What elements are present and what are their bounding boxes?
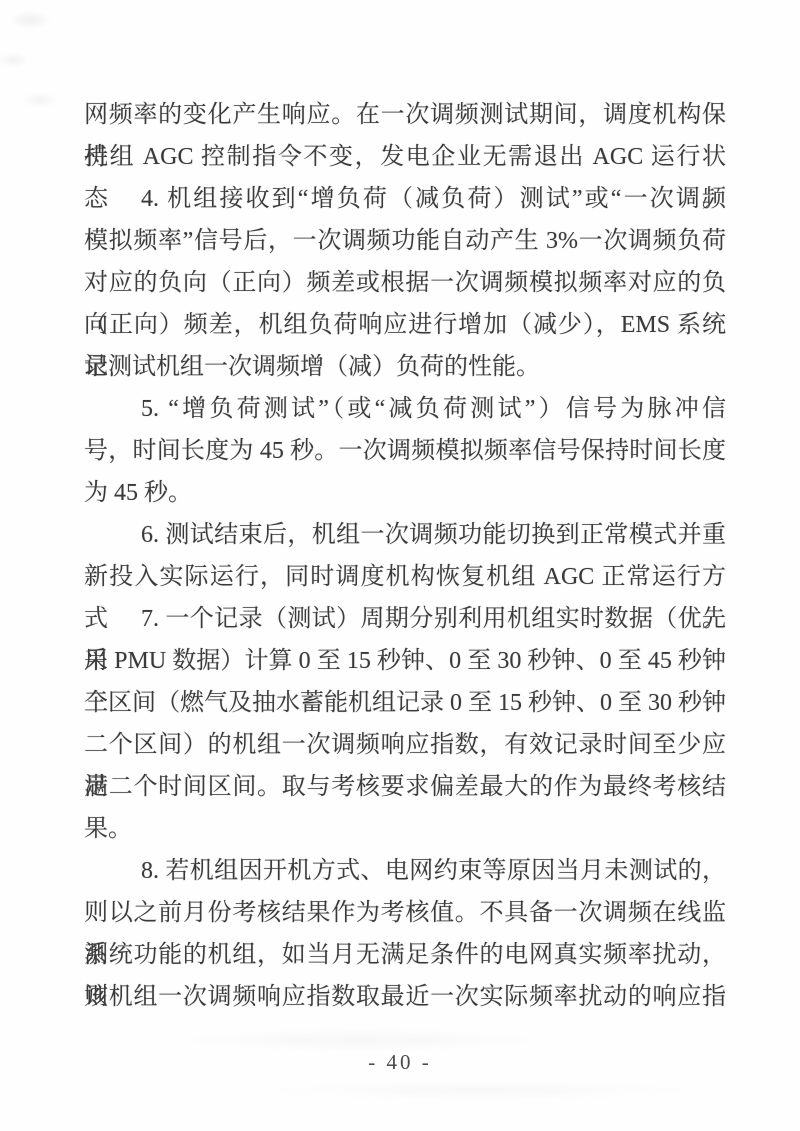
paragraph-line: 4. 机组接收到“增负荷（减负荷）测试”或“一次调频 (84, 178, 726, 220)
paragraph-line: 果。 (84, 808, 726, 850)
paragraph-line: 该机组一次调频响应指数取最近一次实际频率扰动的响应指 (84, 976, 726, 1018)
paragraph-line: 用 PMU 数据）计算 0 至 15 秒钟、0 至 30 秒钟、0 至 45 秒… (84, 640, 726, 682)
paragraph-line: 对应的负向（正向）频差或根据一次调频模拟频率对应的负向 (84, 262, 726, 304)
paragraph-line: 为 45 秒。 (84, 472, 726, 514)
paragraph-line: 则以之前月份考核结果作为考核值。不具备一次调频在线监测 (84, 892, 726, 934)
paragraph-line: 7. 一个记录（测试）周期分别利用机组实时数据（优先采 (84, 598, 726, 640)
paragraph-line: 系统功能的机组，如当月无满足条件的电网真实频率扰动，则 (84, 934, 726, 976)
body-text: 网频率的变化产生响应。在一次调频测试期间，调度机构保持 机组 AGC 控制指令不… (84, 94, 726, 1018)
paragraph-line: 二个区间）的机组一次调频响应指数，有效记录时间至少应满 (84, 724, 726, 766)
document-page: 网频率的变化产生响应。在一次调频测试期间，调度机构保持 机组 AGC 控制指令不… (0, 0, 800, 1131)
paragraph-line: 网频率的变化产生响应。在一次调频测试期间，调度机构保持 (84, 94, 726, 136)
paragraph-line: 机组 AGC 控制指令不变，发电企业无需退出 AGC 运行状态。 (84, 136, 726, 178)
paragraph-line: （正向）频差，机组负荷响应进行增加（减少），EMS 系统记 (84, 304, 726, 346)
paragraph-line: 个区间（燃气及抽水蓄能机组记录 0 至 15 秒钟、0 至 30 秒钟 (84, 682, 726, 724)
paragraph-line: 模拟频率”信号后，一次调频功能自动产生 3%一次调频负荷 (84, 220, 726, 262)
paragraph-line: 录测试机组一次调频增（减）负荷的性能。 (84, 346, 726, 388)
paragraph-line: 6. 测试结束后，机组一次调频功能切换到正常模式并重 (84, 514, 726, 556)
paragraph-line: 足二个时间区间。取与考核要求偏差最大的作为最终考核结 (84, 766, 726, 808)
paragraph-line: 5. “增负荷测试”（或“减负荷测试”）信号为脉冲信 (84, 388, 726, 430)
paragraph-line: 8. 若机组因开机方式、电网约束等原因当月未测试的， (84, 850, 726, 892)
paragraph-line: 新投入实际运行，同时调度机构恢复机组 AGC 正常运行方式。 (84, 556, 726, 598)
page-number: - 40 - (0, 1050, 800, 1075)
paragraph-line: 号，时间长度为 45 秒。一次调频模拟频率信号保持时间长度 (84, 430, 726, 472)
